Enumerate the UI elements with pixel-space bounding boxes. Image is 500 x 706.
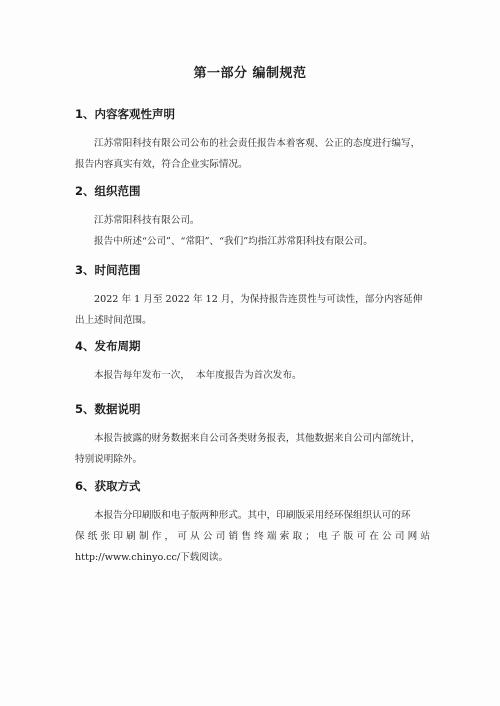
section-body-access: 本报告分印刷版和电子版两种形式。其中，印刷版采用经环保组织认可的环 保纸张印刷制…: [75, 505, 430, 568]
section-body-time-range: 2022 年 1 月至 2022 年 12 月，为保持报告连贯性与可读性，部分内…: [75, 289, 430, 331]
body-line: 本报告分印刷版和电子版两种形式。其中，印刷版采用经环保组织认可的环: [75, 505, 430, 526]
section-heading-access: 6、获取方式: [75, 478, 141, 494]
body-line: 保纸张印刷制作，可从公司销售终端索取；电子版可在公司网站: [75, 526, 430, 547]
body-line: 本报告每年发布一次， 本年度报告为首次发布。: [75, 365, 430, 386]
page-title: 第一部分 编制规范: [0, 62, 500, 81]
section-heading-data-notes: 5、数据说明: [75, 401, 141, 417]
document-page: 第一部分 编制规范 1、内容客观性声明 江苏常阳科技有限公司公布的社会责任报告本…: [0, 0, 500, 706]
section-body-scope: 江苏常阳科技有限公司。 报告中所述“公司”、“常阳”、“我们”均指江苏常阳科技有…: [75, 210, 430, 252]
body-line: 特别说明除外。: [75, 449, 430, 470]
section-heading-scope: 2、组织范围: [75, 183, 141, 199]
body-line: 报告内容真实有效，符合企业实际情况。: [75, 154, 430, 175]
section-body-objectivity: 江苏常阳科技有限公司公布的社会责任报告本着客观、公正的态度进行编写， 报告内容真…: [75, 133, 430, 175]
body-line: 江苏常阳科技有限公司。: [75, 210, 430, 231]
website-link-line: http://www.chinyo.cc/下载阅读。: [75, 547, 430, 568]
section-body-publish-cycle: 本报告每年发布一次， 本年度报告为首次发布。: [75, 365, 430, 386]
body-line: 出上述时间范围。: [75, 310, 430, 331]
body-line: 2022 年 1 月至 2022 年 12 月，为保持报告连贯性与可读性，部分内…: [75, 289, 430, 310]
section-heading-time-range: 3、时间范围: [75, 262, 141, 278]
body-line: 本报告披露的财务数据来自公司各类财务报表，其他数据来自公司内部统计，: [75, 428, 430, 449]
section-heading-publish-cycle: 4、发布周期: [75, 338, 141, 354]
body-line: 报告中所述“公司”、“常阳”、“我们”均指江苏常阳科技有限公司。: [75, 231, 430, 252]
section-heading-objectivity: 1、内容客观性声明: [75, 106, 175, 122]
section-body-data-notes: 本报告披露的财务数据来自公司各类财务报表，其他数据来自公司内部统计， 特别说明除…: [75, 428, 430, 470]
body-line: 江苏常阳科技有限公司公布的社会责任报告本着客观、公正的态度进行编写，: [75, 133, 430, 154]
